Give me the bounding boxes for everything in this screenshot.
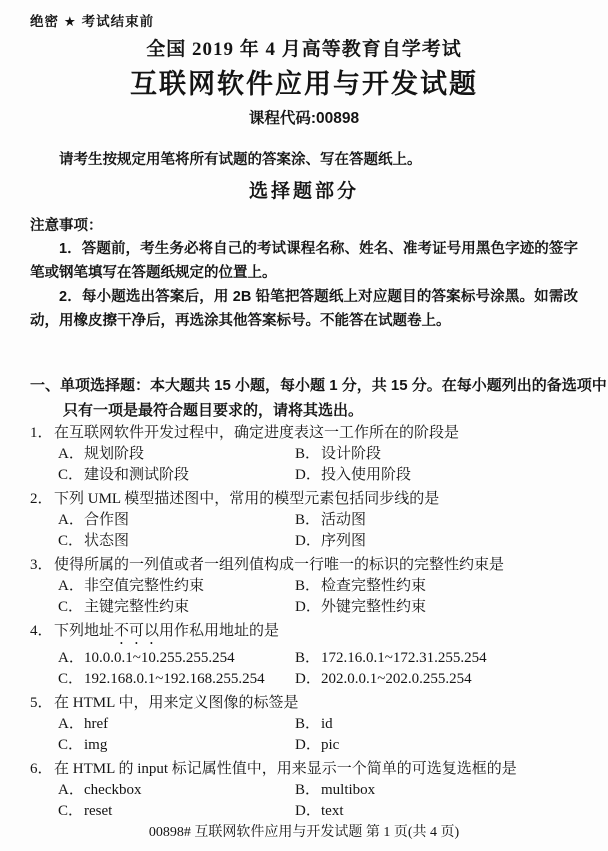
- question-stem: 4．下列地址不可以用作私用地址的是: [30, 621, 578, 648]
- option-letter: C．: [58, 669, 84, 690]
- question-text: 下列地址: [54, 623, 114, 639]
- note-item-2: 2．每小题选出答案后，用 2B 铅笔把答题纸上对应题目的答案标号涂黑。如需改动，…: [30, 285, 578, 333]
- option-text: 合作图: [84, 512, 129, 528]
- secret-label: 绝密 ★ 考试结束前: [30, 10, 578, 30]
- option-c: C．建设和测试阶段: [58, 465, 295, 486]
- question-text: 在 HTML 的 input 标记属性值中，用来显示一个简单的可选复选框的是: [54, 761, 517, 777]
- option-letter: C．: [58, 801, 84, 822]
- option-d: D．pic: [295, 735, 578, 756]
- exam-paper-page: 绝密 ★ 考试结束前 全国 2019 年 4 月高等教育自学考试 互联网软件应用…: [0, 0, 608, 851]
- question-stem: 2．下列 UML 模型描述图中，常用的模型元素包括同步线的是: [30, 489, 578, 510]
- question-text: 在互联网软件开发过程中，确定进度表这一工作所在的阶段是: [54, 425, 459, 441]
- option-letter: A．: [58, 576, 84, 597]
- option-c: C．192.168.0.1~192.168.255.254: [58, 669, 295, 690]
- option-letter: B．: [295, 714, 321, 735]
- option-text: 10.0.0.1~10.255.255.254: [84, 650, 235, 666]
- option-letter: A．: [58, 648, 84, 669]
- option-letter: C．: [58, 735, 84, 756]
- question-block-2: 2．下列 UML 模型描述图中，常用的模型元素包括同步线的是 A．合作图 B．活…: [30, 489, 578, 552]
- option-text: 主键完整性约束: [84, 599, 189, 615]
- option-b: B．multibox: [295, 780, 578, 801]
- option-letter: D．: [295, 735, 321, 756]
- option-letter: A．: [58, 780, 84, 801]
- option-letter: B．: [295, 510, 321, 531]
- option-letter: B．: [295, 780, 321, 801]
- option-text: 规划阶段: [84, 446, 144, 462]
- question-stem: 3．使得所属的一列值或者一组列值构成一行唯一的标识的完整性约束是: [30, 555, 578, 576]
- option-row: C．img D．pic: [30, 735, 578, 756]
- option-row: C．状态图 D．序列图: [30, 531, 578, 552]
- option-a: A．规划阶段: [58, 444, 295, 465]
- option-text: 建设和测试阶段: [84, 467, 189, 483]
- option-letter: D．: [295, 801, 321, 822]
- option-row: C．主键完整性约束 D．外键完整性约束: [30, 597, 578, 618]
- option-text: 活动图: [321, 512, 366, 528]
- option-text: 172.16.0.1~172.31.255.254: [321, 650, 487, 666]
- option-text: text: [321, 803, 344, 819]
- option-text: 状态图: [84, 533, 129, 549]
- option-text: img: [84, 737, 107, 753]
- option-letter: D．: [295, 531, 321, 552]
- option-row: A．href B．id: [30, 714, 578, 735]
- question-block-3: 3．使得所属的一列值或者一组列值构成一行唯一的标识的完整性约束是 A．非空值完整…: [30, 555, 578, 618]
- mcq-section-heading: 一、单项选择题：本大题共 15 小题，每小题 1 分，共 15 分。在每小题列出…: [30, 373, 578, 423]
- option-b: B．活动图: [295, 510, 578, 531]
- option-text: reset: [84, 803, 112, 819]
- option-text: multibox: [321, 782, 375, 798]
- question-number: 5．: [30, 693, 54, 714]
- question-text: 下列 UML 模型描述图中，常用的模型元素包括同步线的是: [54, 491, 439, 507]
- question-stem: 1．在互联网软件开发过程中，确定进度表这一工作所在的阶段是: [30, 423, 578, 444]
- option-letter: A．: [58, 510, 84, 531]
- option-row: A．10.0.0.1~10.255.255.254 B．172.16.0.1~1…: [30, 648, 578, 669]
- option-row: A．非空值完整性约束 B．检查完整性约束: [30, 576, 578, 597]
- option-c: C．reset: [58, 801, 295, 822]
- option-text: 外键完整性约束: [321, 599, 426, 615]
- option-text: checkbox: [84, 782, 141, 798]
- option-letter: D．: [295, 597, 321, 618]
- option-d: D．序列图: [295, 531, 578, 552]
- option-row: C．192.168.0.1~192.168.255.254 D．202.0.0.…: [30, 669, 578, 690]
- option-b: B．检查完整性约束: [295, 576, 578, 597]
- option-letter: B．: [295, 444, 321, 465]
- option-letter: D．: [295, 669, 321, 690]
- option-row: A．合作图 B．活动图: [30, 510, 578, 531]
- option-letter: C．: [58, 465, 84, 486]
- question-block-5: 5．在 HTML 中，用来定义图像的标签是 A．href B．id C．img …: [30, 693, 578, 756]
- page-footer: 00898# 互联网软件应用与开发试题 第 1 页(共 4 页): [0, 823, 608, 842]
- option-row: A．规划阶段 B．设计阶段: [30, 444, 578, 465]
- option-text: pic: [321, 737, 339, 753]
- question-text: 使得所属的一列值或者一组列值构成一行唯一的标识的完整性约束是: [54, 557, 504, 573]
- notes-heading: 注意事项：: [30, 216, 578, 237]
- question-number: 3．: [30, 555, 54, 576]
- option-row: C．建设和测试阶段 D．投入使用阶段: [30, 465, 578, 486]
- option-b: B．172.16.0.1~172.31.255.254: [295, 648, 578, 669]
- question-block-1: 1．在互联网软件开发过程中，确定进度表这一工作所在的阶段是 A．规划阶段 B．设…: [30, 423, 578, 486]
- question-block-4: 4．下列地址不可以用作私用地址的是 A．10.0.0.1~10.255.255.…: [30, 621, 578, 690]
- option-d: D．投入使用阶段: [295, 465, 578, 486]
- answer-instruction: 请考生按规定用笔将所有试题的答案涂、写在答题纸上。: [30, 149, 578, 171]
- question-stem: 6．在 HTML 的 input 标记属性值中，用来显示一个简单的可选复选框的是: [30, 759, 578, 780]
- option-c: C．状态图: [58, 531, 295, 552]
- mcq-heading-line1: 一、单项选择题：本大题共 15 小题，每小题 1 分，共 15 分。在每小题列出…: [30, 373, 578, 398]
- option-c: C．img: [58, 735, 295, 756]
- option-text: 非空值完整性约束: [84, 578, 204, 594]
- option-a: A．checkbox: [58, 780, 295, 801]
- exam-session-title: 全国 2019 年 4 月高等教育自学考试: [30, 37, 578, 63]
- option-letter: D．: [295, 465, 321, 486]
- option-b: B．设计阶段: [295, 444, 578, 465]
- option-text: 投入使用阶段: [321, 467, 411, 483]
- question-stem: 5．在 HTML 中，用来定义图像的标签是: [30, 693, 578, 714]
- option-a: A．合作图: [58, 510, 295, 531]
- option-d: D．202.0.0.1~202.0.255.254: [295, 669, 578, 690]
- option-text: id: [321, 716, 333, 732]
- question-number: 6．: [30, 759, 54, 780]
- mcq-heading-line2: 只有一项是最符合题目要求的，请将其选出。: [30, 398, 578, 423]
- option-d: D．外键完整性约束: [295, 597, 578, 618]
- section-title: 选择题部分: [30, 178, 578, 205]
- option-row: A．checkbox B．multibox: [30, 780, 578, 801]
- course-code: 课程代码:00898: [30, 108, 578, 129]
- option-letter: A．: [58, 714, 84, 735]
- option-a: A．10.0.0.1~10.255.255.254: [58, 648, 295, 669]
- note-item-1: 1．答题前，考生务必将自己的考试课程名称、姓名、准考证号用黑色字迹的签字笔或钢笔…: [30, 237, 578, 285]
- option-letter: C．: [58, 597, 84, 618]
- question-text-emphasized: 不可以: [114, 623, 159, 639]
- option-text: 202.0.0.1~202.0.255.254: [321, 671, 472, 687]
- question-number: 1．: [30, 423, 54, 444]
- exam-title: 互联网软件应用与开发试题: [30, 66, 578, 102]
- option-a: A．href: [58, 714, 295, 735]
- question-block-6: 6．在 HTML 的 input 标记属性值中，用来显示一个简单的可选复选框的是…: [30, 759, 578, 822]
- option-a: A．非空值完整性约束: [58, 576, 295, 597]
- option-text: href: [84, 716, 108, 732]
- option-text: 序列图: [321, 533, 366, 549]
- option-row: C．reset D．text: [30, 801, 578, 822]
- option-letter: A．: [58, 444, 84, 465]
- question-number: 4．: [30, 621, 54, 642]
- question-text: 在 HTML 中，用来定义图像的标签是: [54, 695, 298, 711]
- option-d: D．text: [295, 801, 578, 822]
- option-b: B．id: [295, 714, 578, 735]
- option-letter: B．: [295, 648, 321, 669]
- option-letter: B．: [295, 576, 321, 597]
- option-text: 192.168.0.1~192.168.255.254: [84, 671, 265, 687]
- option-c: C．主键完整性约束: [58, 597, 295, 618]
- option-letter: C．: [58, 531, 84, 552]
- question-number: 2．: [30, 489, 54, 510]
- option-text: 检查完整性约束: [321, 578, 426, 594]
- question-text: 用作私用地址的是: [159, 623, 279, 639]
- option-text: 设计阶段: [321, 446, 381, 462]
